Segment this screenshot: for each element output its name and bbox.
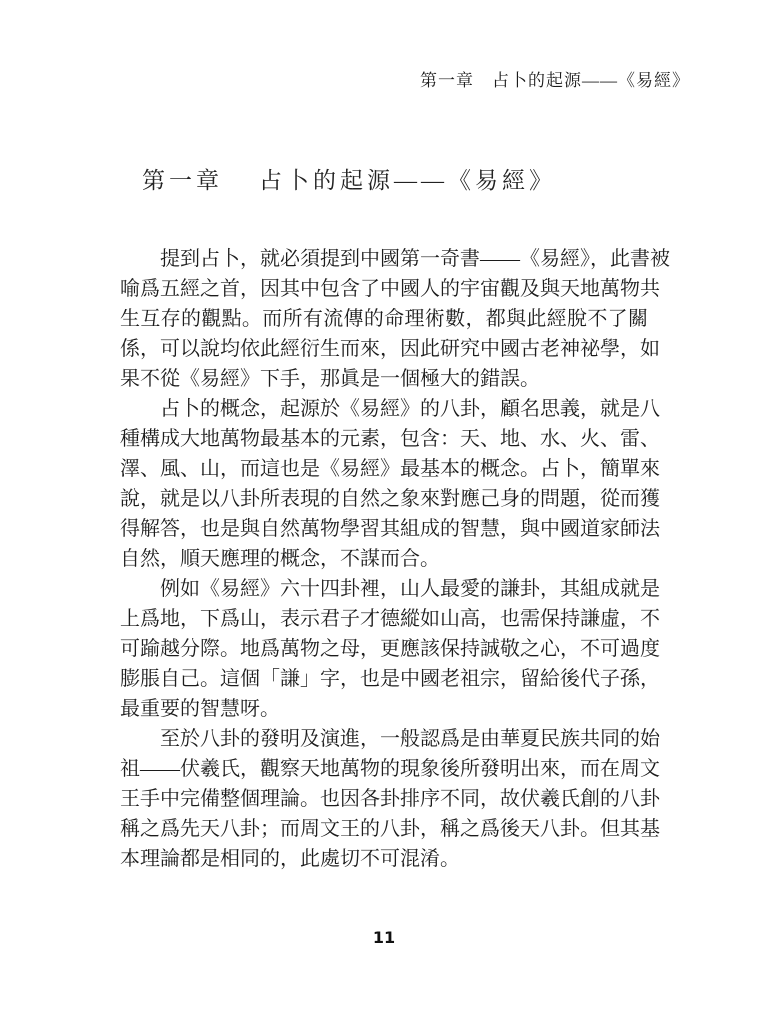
- text-line: 上爲地，下爲山，表示君子才德縱如山高，也需保持謙虛，不: [120, 604, 648, 634]
- text-line: 占卜的概念，起源於《易經》的八卦，顧名思義，就是八: [120, 394, 648, 424]
- text-line: 膨脹自己。這個「謙」字，也是中國老祖宗，留給後代子孫，: [120, 664, 648, 694]
- paragraph-3: 例如《易經》六十四卦裡，山人最愛的謙卦，其組成就是 上爲地，下爲山，表示君子才德…: [120, 574, 648, 724]
- chapter-number-label: 第一章: [142, 168, 223, 193]
- text-line: 可踰越分際。地爲萬物之母，更應該保持誠敬之心，不可過度: [120, 634, 648, 664]
- chapter-title: 第一章占卜的起源——《易經》: [142, 164, 556, 198]
- text-line: 說，就是以八卦所表現的自然之象來對應己身的問題，從而獲: [120, 484, 648, 514]
- text-line: 生互存的觀點。而所有流傳的命理術數，都與此經脫不了關: [120, 304, 648, 334]
- paragraph-2: 占卜的概念，起源於《易經》的八卦，顧名思義，就是八 種構成大地萬物最基本的元素，…: [120, 394, 648, 574]
- text-line: 果不從《易經》下手，那眞是一個極大的錯誤。: [120, 364, 648, 394]
- paragraph-4: 至於八卦的發明及演進，一般認爲是由華夏民族共同的始 祖——伏羲氏，觀察天地萬物的…: [120, 724, 648, 874]
- text-line: 最重要的智慧呀。: [120, 694, 648, 724]
- book-page: 第一章 占卜的起源——《易經》 第一章占卜的起源——《易經》 提到占卜，就必須提…: [0, 0, 768, 1024]
- chapter-name: 占卜的起源——《易經》: [259, 168, 556, 193]
- text-line: 本理論都是相同的，此處切不可混淆。: [120, 844, 648, 874]
- text-line: 提到占卜，就必須提到中國第一奇書——《易經》，此書被: [120, 244, 648, 274]
- text-line: 祖——伏羲氏，觀察天地萬物的現象後所發明出來，而在周文: [120, 754, 648, 784]
- text-line: 喻爲五經之首，因其中包含了中國人的宇宙觀及與天地萬物共: [120, 274, 648, 304]
- text-line: 自然，順天應理的概念，不謀而合。: [120, 544, 648, 574]
- text-line: 至於八卦的發明及演進，一般認爲是由華夏民族共同的始: [120, 724, 648, 754]
- text-line: 澤、風、山，而這也是《易經》最基本的概念。占卜，簡單來: [120, 454, 648, 484]
- text-line: 例如《易經》六十四卦裡，山人最愛的謙卦，其組成就是: [120, 574, 648, 604]
- body-text-column: 提到占卜，就必須提到中國第一奇書——《易經》，此書被 喻爲五經之首，因其中包含了…: [120, 244, 648, 874]
- text-line: 得解答，也是與自然萬物學習其組成的智慧，與中國道家師法: [120, 514, 648, 544]
- running-head: 第一章 占卜的起源——《易經》: [420, 69, 690, 93]
- text-line: 係，可以說均依此經衍生而來，因此研究中國古老神祕學，如: [120, 334, 648, 364]
- page-number: 11: [120, 928, 648, 947]
- text-line: 王手中完備整個理論。也因各卦排序不同，故伏羲氏創的八卦: [120, 784, 648, 814]
- text-line: 種構成大地萬物最基本的元素，包含：天、地、水、火、雷、: [120, 424, 648, 454]
- paragraph-1: 提到占卜，就必須提到中國第一奇書——《易經》，此書被 喻爲五經之首，因其中包含了…: [120, 244, 648, 394]
- text-line: 稱之爲先天八卦；而周文王的八卦，稱之爲後天八卦。但其基: [120, 814, 648, 844]
